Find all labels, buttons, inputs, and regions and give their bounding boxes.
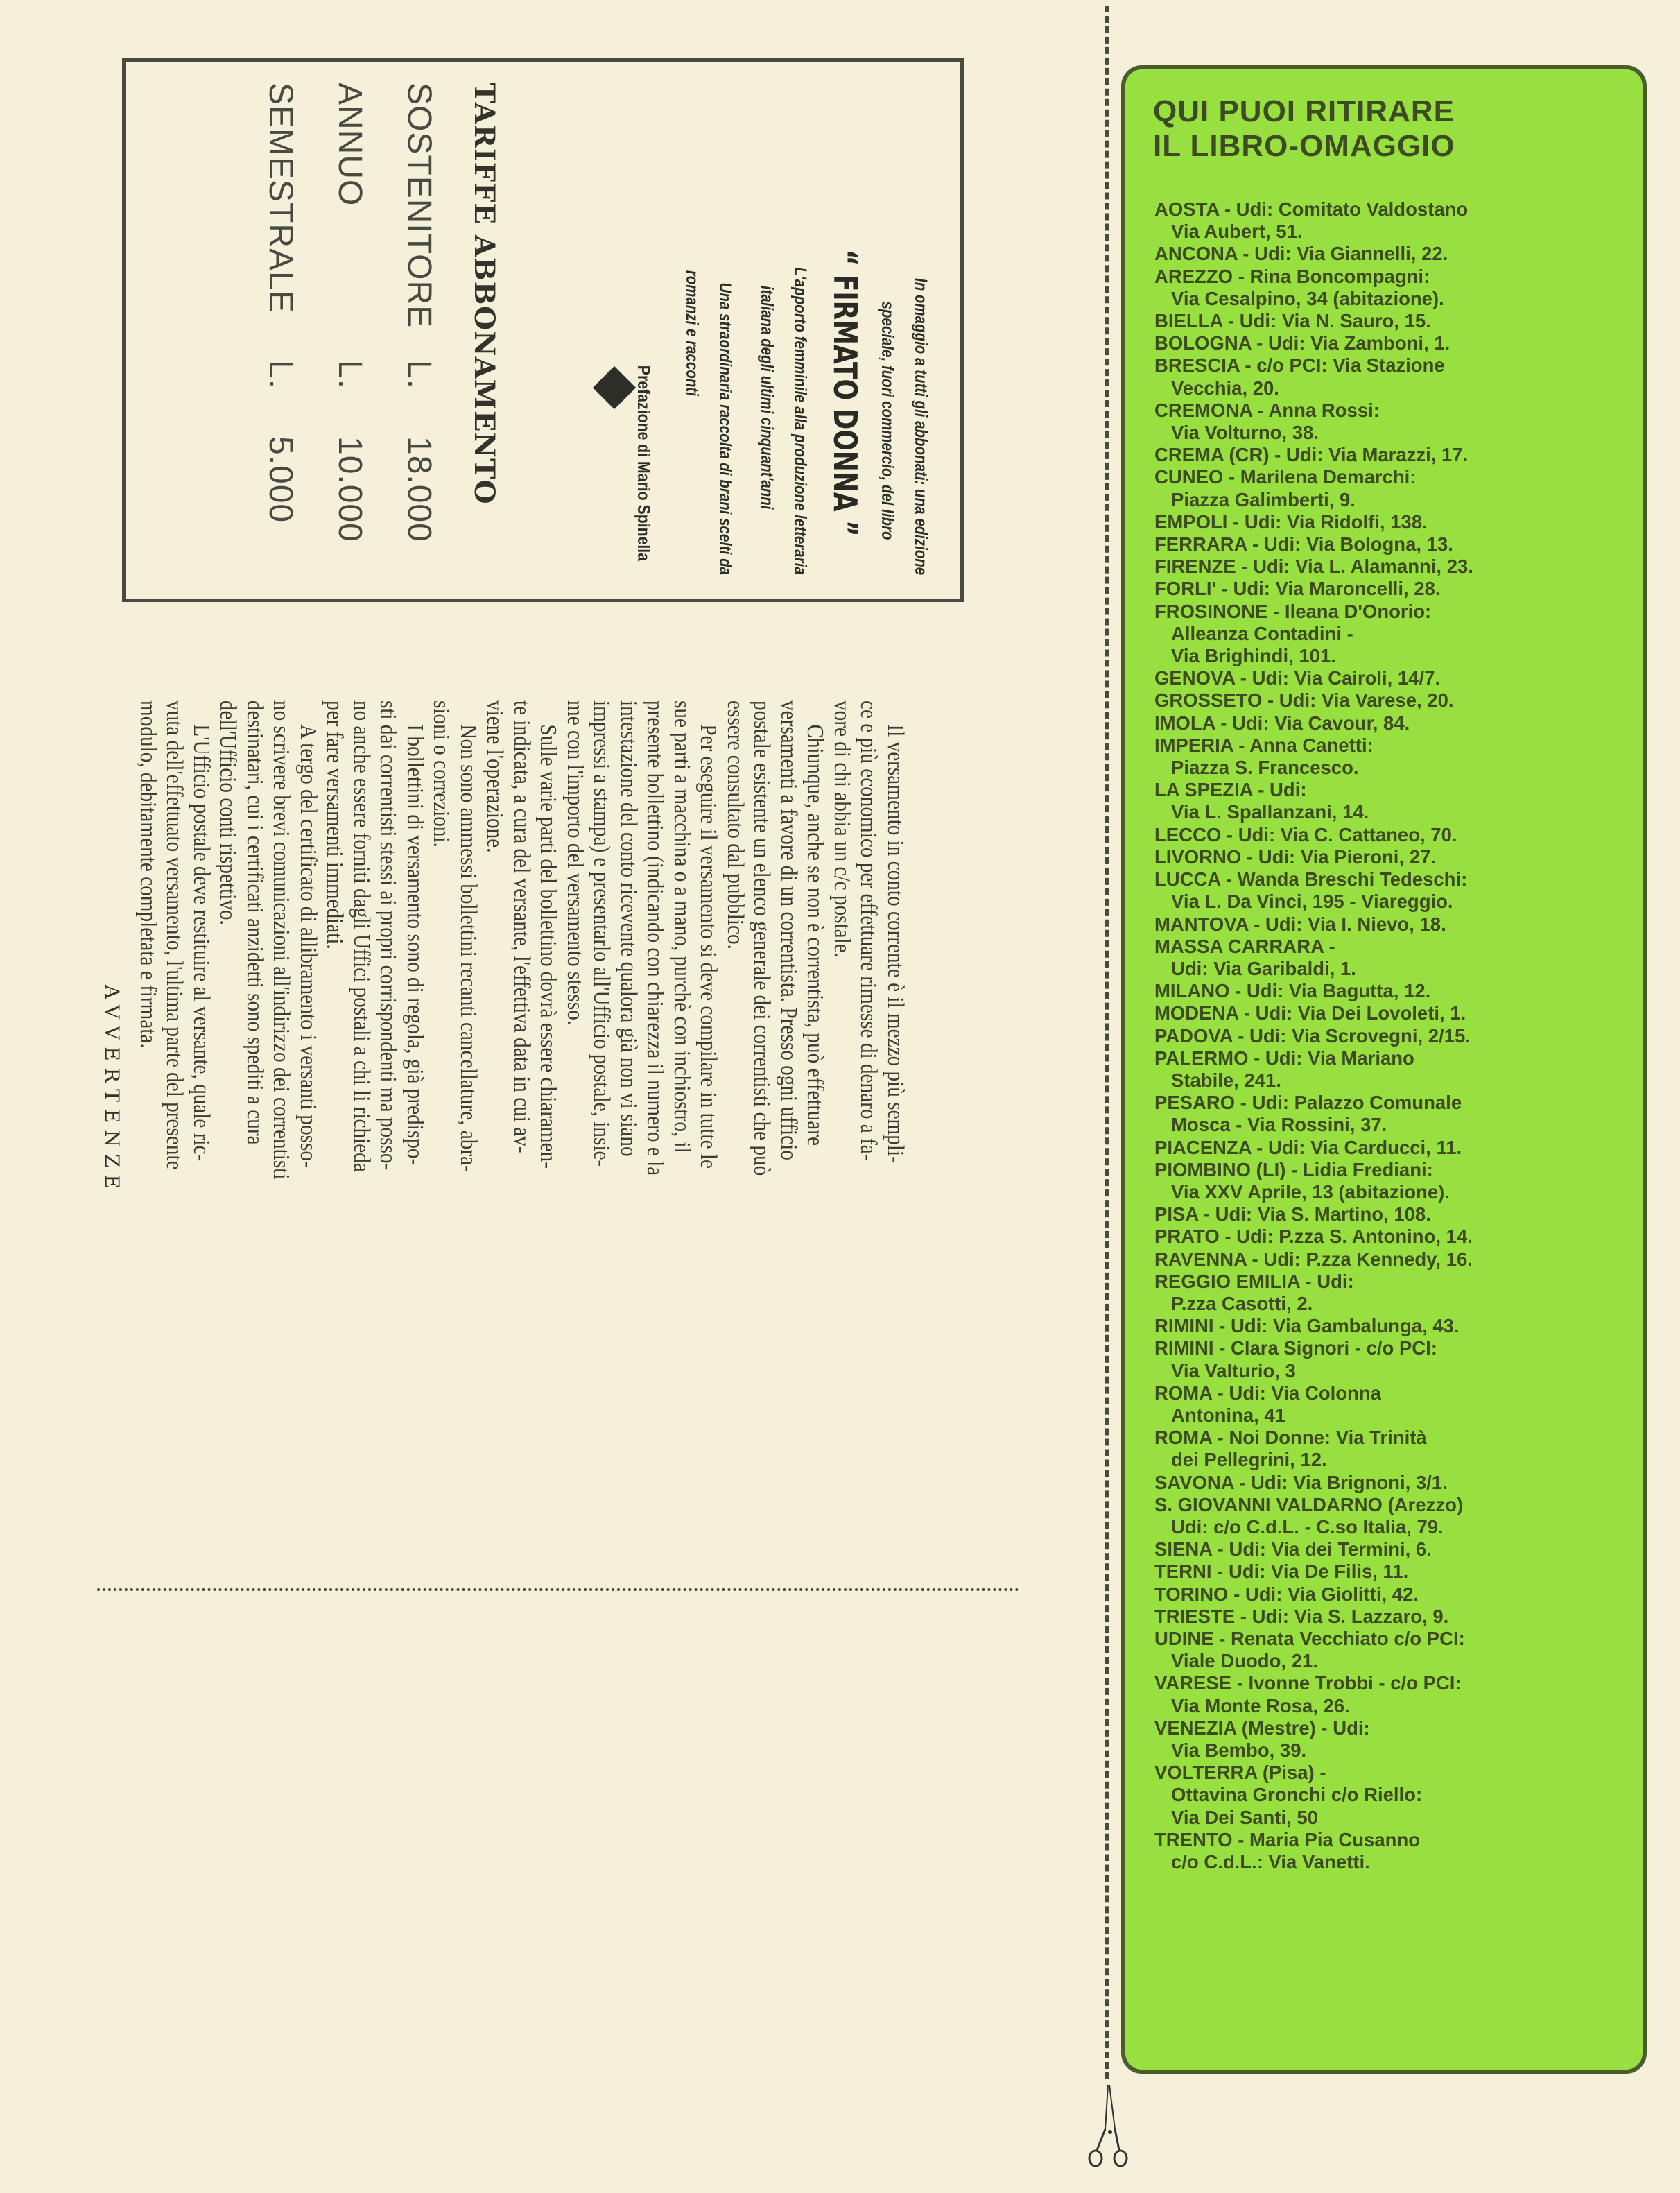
location-item: MASSA CARRARA - Udi: Via Garibaldi, 1. xyxy=(1154,936,1640,980)
location-item: FERRARA - Udi: Via Bologna, 13. xyxy=(1154,533,1640,556)
promo-line: In omaggio a tutti gli abbonati: una edi… xyxy=(910,278,930,575)
pickup-locations-panel: QUI PUOI RITIRARE IL LIBRO-OMAGGIO AOSTA… xyxy=(1121,65,1647,2074)
location-city: SAVONA xyxy=(1154,1472,1234,1493)
location-city: CREMA (CR) xyxy=(1154,444,1269,465)
location-item: MANTOVA - Udi: Via I. Nievo, 18. xyxy=(1154,913,1640,936)
location-city: S. GIOVANNI VALDARNO (Arezzo) xyxy=(1154,1494,1463,1515)
location-city: VOLTERRA (Pisa) xyxy=(1154,1762,1315,1783)
location-city: TRIESTE xyxy=(1154,1606,1235,1627)
location-city: FROSINONE xyxy=(1154,601,1267,622)
location-detail: - Udi: Via Bagutta, 12. xyxy=(1229,980,1430,1001)
rate-row-semestrale: SEMESTRALE L. 5.000 xyxy=(258,83,300,582)
location-item: IMOLA - Udi: Via Cavour, 84. xyxy=(1154,712,1640,734)
location-detail-cont: Piazza Galimberti, 9. xyxy=(1154,489,1640,511)
rate-value: 18.000 xyxy=(400,436,438,542)
location-item: LIVORNO - Udi: Via Pieroni, 27. xyxy=(1154,846,1640,868)
location-detail-cont: Udi: c/o C.d.L. - C.so Italia, 79. xyxy=(1154,1516,1640,1538)
rate-name: SOSTENITORE xyxy=(400,83,438,328)
location-city: LA SPEZIA xyxy=(1154,779,1253,800)
rate-row-sostenitore: SOSTENITORE L. 18.000 xyxy=(397,83,438,582)
location-detail: - Anna Rossi: xyxy=(1252,399,1380,421)
rate-currency: L. xyxy=(331,360,369,389)
location-item: TORINO - Udi: Via Giolitti, 42. xyxy=(1154,1583,1640,1606)
avvertenze-line: versamenti a favore di un correntista. P… xyxy=(775,700,802,1404)
location-detail-cont: Via Monte Rosa, 26. xyxy=(1154,1695,1640,1717)
book-title: “ FIRMATO DONNA ” xyxy=(826,250,864,537)
location-city: RIMINI xyxy=(1154,1315,1214,1336)
location-detail-cont: Antonina, 41 xyxy=(1154,1404,1640,1427)
location-city: MASSA CARRARA xyxy=(1154,936,1324,957)
location-item: IMPERIA - Anna Canetti:Piazza S. Frances… xyxy=(1154,734,1640,779)
location-detail: - Maria Pia Cusanno xyxy=(1233,1829,1420,1850)
location-item: TRIESTE - Udi: Via S. Lazzaro, 9. xyxy=(1154,1606,1640,1628)
location-detail-cont: Ottavina Gronchi c/o Riello: xyxy=(1154,1784,1640,1806)
location-detail: - Noi Donne: Via Trinità xyxy=(1212,1427,1427,1448)
avvertenze-line: no scrivere brevi comunicazioni all'indi… xyxy=(268,700,295,1404)
location-item: REGGIO EMILIA - Udi:P.zza Casotti, 2. xyxy=(1154,1271,1640,1315)
avvertenze-line: dell'Ufficio conti rispettivo. xyxy=(214,700,241,1404)
location-detail: - Wanda Breschi Tedeschi: xyxy=(1220,868,1467,890)
avvertenze-line: sue parti a macchina o a mano, purchè co… xyxy=(668,700,695,1404)
location-city: IMOLA xyxy=(1154,712,1215,734)
rate-row-annuo: ANNUO L. 10.000 xyxy=(327,83,369,582)
location-item: PISA - Udi: Via S. Martino, 108. xyxy=(1154,1203,1640,1225)
promo-line: romanzi e racconti xyxy=(682,270,702,396)
promo-line: italiana degli ultimi cinquant'anni xyxy=(756,285,777,509)
avvertenze-line: presente bollettino (indicando con chiar… xyxy=(641,700,668,1404)
location-item: VENEZIA (Mestre) - Udi:Via Bembo, 39. xyxy=(1154,1717,1640,1762)
location-detail: - Udi: P.zza Kennedy, 16. xyxy=(1247,1248,1473,1270)
location-detail: - Udi: P.zza S. Antonino, 14. xyxy=(1220,1225,1473,1247)
location-detail-cont: P.zza Casotti, 2. xyxy=(1154,1293,1640,1315)
location-item: ROMA - Noi Donne: Via Trinitàdei Pellegr… xyxy=(1154,1427,1640,1471)
location-detail-cont: Via L. Da Vinci, 195 - Viareggio. xyxy=(1154,891,1640,913)
avvertenze-line: A tergo del certificato di allibramento … xyxy=(295,700,322,1404)
location-item: TERNI - Udi: Via De Filis, 11. xyxy=(1154,1560,1640,1583)
location-item: BOLOGNA - Udi: Via Zamboni, 1. xyxy=(1154,332,1640,354)
avvertenze-line: modulo, debitamente completata e firmata… xyxy=(135,700,162,1404)
avvertenze-line: vore di chi abbia un c/c postale. xyxy=(829,700,856,1404)
location-item: PESARO - Udi: Palazzo ComunaleMosca - Vi… xyxy=(1154,1092,1640,1136)
location-detail: - Udi: Via De Filis, 11. xyxy=(1212,1560,1409,1582)
location-detail: - Udi: Via Giolitti, 42. xyxy=(1228,1583,1419,1605)
avvertenze-title: AVVERTENZE xyxy=(101,985,123,1196)
location-city: TERNI xyxy=(1154,1560,1212,1582)
location-city: MILANO xyxy=(1154,980,1229,1001)
location-item: ROMA - Udi: Via ColonnaAntonina, 41 xyxy=(1154,1382,1640,1427)
avvertenze-title-wrap: AVVERTENZE xyxy=(96,985,123,1290)
rate-value: 10.000 xyxy=(331,436,369,542)
location-city: VARESE xyxy=(1154,1672,1231,1694)
location-item: ANCONA - Udi: Via Giannelli, 22. xyxy=(1154,243,1640,265)
panel-title-line: QUI PUOI RITIRARE xyxy=(1153,94,1455,129)
location-city: FORLI' xyxy=(1154,578,1216,599)
avvertenze-line: Chiunque, anche se non è correntista, pu… xyxy=(802,700,829,1404)
cut-line-vertical xyxy=(1105,6,1109,2079)
location-detail: - Udi: xyxy=(1253,779,1307,800)
location-detail-cont: Viale Duodo, 21. xyxy=(1154,1650,1640,1672)
location-detail: - Udi: Via Giannelli, 22. xyxy=(1238,243,1448,264)
location-detail-cont: Via Valturio, 3 xyxy=(1154,1360,1640,1382)
avvertenze-text: Il versamento in conto corrente è il mez… xyxy=(135,700,909,1404)
location-city: AOSTA xyxy=(1154,198,1219,220)
location-detail: - Udi: Via I. Nievo, 18. xyxy=(1248,913,1446,935)
preface-credit: Prefazione di Mario Spinella xyxy=(633,365,653,561)
location-city: GENOVA xyxy=(1154,667,1235,689)
location-city: LECCO xyxy=(1154,824,1221,845)
location-item: MILANO - Udi: Via Bagutta, 12. xyxy=(1154,980,1640,1002)
location-item: PIOMBINO (LI) - Lidia Frediani:Via XXV A… xyxy=(1154,1159,1640,1203)
rate-value: 5.000 xyxy=(261,436,300,523)
location-city: RAVENNA xyxy=(1154,1248,1247,1270)
location-detail: - Udi: Via Scrovegni, 2/15. xyxy=(1233,1025,1471,1047)
location-detail: - Udi: Via Ridolfi, 138. xyxy=(1227,511,1427,533)
location-item: SAVONA - Udi: Via Brignoni, 3/1. xyxy=(1154,1472,1640,1494)
location-detail-cont: Via Bembo, 39. xyxy=(1154,1739,1640,1762)
location-detail-cont: Via Aubert, 51. xyxy=(1154,221,1640,243)
rate-currency: L. xyxy=(261,360,300,389)
location-detail: - Udi: Palazzo Comunale xyxy=(1235,1092,1462,1113)
location-detail: - Ivonne Trobbi - c/o PCI: xyxy=(1231,1672,1462,1694)
panel-title: QUI PUOI RITIRARE IL LIBRO-OMAGGIO xyxy=(1153,94,1455,164)
location-detail: - Marilena Demarchi: xyxy=(1223,466,1416,488)
promo-panel: In omaggio a tutti gli abbonati: una edi… xyxy=(570,89,930,575)
location-city: CREMONA xyxy=(1154,399,1252,421)
location-detail-cont: Via Dei Santi, 50 xyxy=(1154,1807,1640,1829)
avvertenze-line: sti dai correntisti stessi ai propri cor… xyxy=(374,700,401,1404)
location-detail: - c/o PCI: Via Stazione xyxy=(1240,354,1445,376)
location-detail-cont: Udi: Via Garibaldi, 1. xyxy=(1154,958,1640,980)
location-detail: - Udi: Via Mariano xyxy=(1248,1047,1414,1069)
location-detail-cont: Vecchia, 20. xyxy=(1154,377,1640,399)
panel-title-line: IL LIBRO-OMAGGIO xyxy=(1153,129,1455,164)
location-city: VENEZIA (Mestre) xyxy=(1154,1717,1316,1739)
location-city: UDINE xyxy=(1154,1628,1214,1649)
location-item: VOLTERRA (Pisa) - Ottavina Gronchi c/o R… xyxy=(1154,1762,1640,1829)
location-city: MODENA xyxy=(1154,1002,1238,1024)
location-detail-cont: Piazza S. Francesco. xyxy=(1154,757,1640,779)
location-detail-cont: Mosca - Via Rossini, 37. xyxy=(1154,1114,1640,1136)
location-item: GROSSETO - Udi: Via Varese, 20. xyxy=(1154,689,1640,712)
location-item: PALERMO - Udi: Via MarianoStabile, 241. xyxy=(1154,1047,1640,1092)
avvertenze-line: Non sono ammessi bollettini recanti canc… xyxy=(455,700,482,1404)
location-detail: - Udi: Via Brignoni, 3/1. xyxy=(1234,1472,1448,1493)
location-city: FIRENZE xyxy=(1154,556,1236,577)
avvertenze-line: me con l'importo del versamento stesso. xyxy=(562,700,589,1404)
avvertenze-line: intestazione del conto ricevente qualora… xyxy=(615,700,642,1404)
location-list: AOSTA - Udi: Comitato ValdostanoVia Aube… xyxy=(1154,198,1640,1873)
location-detail: - Udi: Via Dei Lovoleti, 1. xyxy=(1238,1002,1466,1024)
avvertenze-line: ce e più economico per effettuare rimess… xyxy=(855,700,882,1404)
location-detail: - Udi: Via dei Termini, 6. xyxy=(1212,1538,1432,1560)
location-city: ROMA xyxy=(1154,1427,1212,1448)
location-item: EMPOLI - Udi: Via Ridolfi, 138. xyxy=(1154,511,1640,533)
location-city: PADOVA xyxy=(1154,1025,1233,1047)
location-city: REGGIO EMILIA xyxy=(1154,1271,1300,1292)
location-city: FERRARA xyxy=(1154,533,1247,555)
location-item: CREMONA - Anna Rossi:Via Volturno, 38. xyxy=(1154,399,1640,444)
location-detail: - Clara Signori - c/o PCI: xyxy=(1214,1337,1437,1359)
location-item: CUNEO - Marilena Demarchi:Piazza Galimbe… xyxy=(1154,466,1640,510)
avvertenze-line: I bollettini di versamento sono di regol… xyxy=(401,700,428,1404)
location-city: EMPOLI xyxy=(1154,511,1227,533)
location-detail: - Udi: Via Cavour, 84. xyxy=(1215,712,1410,734)
location-detail: - Anna Canetti: xyxy=(1233,734,1374,756)
location-detail: - Udi: Via N. Sauro, 15. xyxy=(1222,310,1431,332)
location-city: BRESCIA xyxy=(1154,354,1240,376)
avvertenze-line: Per eseguire il versamento si deve compi… xyxy=(695,700,722,1404)
location-item: RAVENNA - Udi: P.zza Kennedy, 16. xyxy=(1154,1248,1640,1271)
location-item: RIMINI - Udi: Via Gambalunga, 43. xyxy=(1154,1315,1640,1337)
location-item: LUCCA - Wanda Breschi Tedeschi:Via L. Da… xyxy=(1154,868,1640,913)
location-detail: - Udi: Via Gambalunga, 43. xyxy=(1214,1315,1460,1336)
location-city: PIACENZA xyxy=(1154,1137,1252,1158)
location-city: IMPERIA xyxy=(1154,734,1233,756)
location-city: LIVORNO xyxy=(1154,846,1241,868)
location-city: LUCCA xyxy=(1154,868,1220,890)
location-city: PIOMBINO (LI) xyxy=(1154,1159,1285,1180)
location-detail: - Udi: Via Colonna xyxy=(1212,1382,1381,1404)
promo-line: Una straordinaria raccolta di brani scel… xyxy=(715,282,735,575)
location-detail-cont: dei Pellegrini, 12. xyxy=(1154,1449,1640,1471)
avvertenze-line: essere consultato dal pubblico. xyxy=(722,700,749,1404)
location-item: LECCO - Udi: Via C. Cattaneo, 70. xyxy=(1154,824,1640,846)
location-detail: - xyxy=(1324,936,1335,957)
location-city: TRENTO xyxy=(1154,1829,1233,1850)
location-city: RIMINI xyxy=(1154,1337,1214,1359)
location-city: PALERMO xyxy=(1154,1047,1248,1069)
tariffe-box: TARIFFE ABBONAMENTO SOSTENITORE L. 18.00… xyxy=(122,58,964,602)
location-detail-cont: Via L. Spallanzani, 14. xyxy=(1154,801,1640,823)
location-item: SIENA - Udi: Via dei Termini, 6. xyxy=(1154,1538,1640,1560)
location-item: TRENTO - Maria Pia Cusannoc/o C.d.L.: Vi… xyxy=(1154,1829,1640,1873)
location-detail: - Udi: Via C. Cattaneo, 70. xyxy=(1221,824,1457,845)
location-detail: - Udi: Via Bologna, 13. xyxy=(1247,533,1453,555)
location-item: CREMA (CR) - Udi: Via Marazzi, 17. xyxy=(1154,444,1640,466)
location-detail: - Rina Boncompagni: xyxy=(1233,266,1430,287)
location-detail: - Udi: Via S. Lazzaro, 9. xyxy=(1235,1606,1448,1627)
avvertenze-line: postale esistente un elenco generale dei… xyxy=(748,700,775,1404)
location-detail-cont: Via Cesalpino, 34 (abitazione). xyxy=(1154,288,1640,310)
location-item: FROSINONE - Ileana D'Onorio:Alleanza Con… xyxy=(1154,601,1640,668)
location-item: AOSTA - Udi: Comitato ValdostanoVia Aube… xyxy=(1154,198,1640,243)
location-detail: - Udi: xyxy=(1316,1717,1370,1739)
location-item: FIRENZE - Udi: Via L. Alamanni, 23. xyxy=(1154,556,1640,578)
location-city: ANCONA xyxy=(1154,243,1238,264)
location-city: MANTOVA xyxy=(1154,913,1248,935)
location-city: ROMA xyxy=(1154,1382,1212,1404)
location-item: BIELLA - Udi: Via N. Sauro, 15. xyxy=(1154,310,1640,332)
location-city: PESARO xyxy=(1154,1092,1235,1113)
location-item: PRATO - Udi: P.zza S. Antonino, 14. xyxy=(1154,1225,1640,1248)
location-item: S. GIOVANNI VALDARNO (Arezzo)Udi: c/o C.… xyxy=(1154,1494,1640,1538)
location-detail-cont: Stabile, 241. xyxy=(1154,1069,1640,1092)
location-item: VARESE - Ivonne Trobbi - c/o PCI:Via Mon… xyxy=(1154,1672,1640,1717)
location-item: PADOVA - Udi: Via Scrovegni, 2/15. xyxy=(1154,1025,1640,1047)
tariffe-title: TARIFFE ABBONAMENTO xyxy=(468,83,501,505)
location-city: AREZZO xyxy=(1154,266,1233,287)
tariffe-panel: TARIFFE ABBONAMENTO SOSTENITORE L. 18.00… xyxy=(140,83,501,582)
location-item: LA SPEZIA - Udi:Via L. Spallanzani, 14. xyxy=(1154,779,1640,823)
location-city: PISA xyxy=(1154,1203,1198,1225)
location-detail: - Udi: Via Zamboni, 1. xyxy=(1252,332,1450,354)
location-detail: - Udi: Via Maroncelli, 28. xyxy=(1216,578,1440,599)
location-detail-cont: Via XXV Aprile, 13 (abitazione). xyxy=(1154,1181,1640,1203)
avvertenze-line: destinatari, cui i certificati anzidetti… xyxy=(241,700,268,1404)
location-item: MODENA - Udi: Via Dei Lovoleti, 1. xyxy=(1154,1002,1640,1024)
location-city: GROSSETO xyxy=(1154,689,1262,711)
location-city: BOLOGNA xyxy=(1154,332,1252,354)
avvertenze-line: viene l'operazione. xyxy=(481,700,508,1404)
promo-line: speciale, fuori commercio, del libro xyxy=(877,302,897,540)
promo-line: L'apporto femminile alla produzione lett… xyxy=(790,268,810,575)
scissors-icon xyxy=(1087,2081,1129,2171)
location-item: FORLI' - Udi: Via Maroncelli, 28. xyxy=(1154,578,1640,600)
cut-line-horizontal xyxy=(97,1588,1019,1591)
location-city: CUNEO xyxy=(1154,466,1223,488)
location-detail-cont: Via Volturno, 38. xyxy=(1154,422,1640,444)
location-item: UDINE - Renata Vecchiato c/o PCI:Viale D… xyxy=(1154,1628,1640,1672)
location-detail: - Udi: Via Varese, 20. xyxy=(1262,689,1453,711)
rate-name: ANNUO xyxy=(331,83,369,206)
avvertenze-line: Sulle varie parti del bollettino dovrà e… xyxy=(535,700,562,1404)
avvertenze-line: L'Ufficio postale deve restituire al ver… xyxy=(188,700,215,1404)
location-detail: - Renata Vecchiato c/o PCI: xyxy=(1214,1628,1465,1649)
location-item: GENOVA - Udi: Via Cairoli, 14/7. xyxy=(1154,667,1640,689)
location-detail: - Lidia Frediani: xyxy=(1285,1159,1432,1180)
avvertenze-line: no anche essere forniti dagli Uffici pos… xyxy=(348,700,375,1404)
location-detail-cont: c/o C.d.L.: Via Vanetti. xyxy=(1154,1851,1640,1873)
avvertenze-line: impressi a stampa) e presentarlo all'Uff… xyxy=(588,700,615,1404)
avvertenze-line: te indicata, a cura del versante, l'effe… xyxy=(508,700,535,1404)
rate-currency: L. xyxy=(400,360,438,389)
location-detail: - Udi: Comitato Valdostano xyxy=(1219,198,1468,220)
location-city: SIENA xyxy=(1154,1538,1212,1560)
location-detail: - Ileana D'Onorio: xyxy=(1267,601,1431,622)
location-item: AREZZO - Rina Boncompagni:Via Cesalpino,… xyxy=(1154,266,1640,310)
location-detail: - Udi: Via Carducci, 11. xyxy=(1252,1137,1462,1158)
location-detail: - Udi: Via Pieroni, 27. xyxy=(1241,846,1436,868)
location-city: PRATO xyxy=(1154,1225,1220,1247)
location-detail: - Udi: Via S. Martino, 108. xyxy=(1198,1203,1431,1225)
location-detail: - Udi: xyxy=(1300,1271,1354,1292)
location-city: BIELLA xyxy=(1154,310,1222,332)
location-item: RIMINI - Clara Signori - c/o PCI:Via Val… xyxy=(1154,1337,1640,1382)
location-detail: - Udi: Via L. Alamanni, 23. xyxy=(1236,556,1473,577)
rate-name: SEMESTRALE xyxy=(261,83,300,313)
location-detail: - Udi: Via Marazzi, 17. xyxy=(1269,444,1468,465)
avvertenze-line: sioni o correzioni. xyxy=(428,700,455,1404)
location-city: TORINO xyxy=(1154,1583,1228,1605)
avvertenze-line: per fare versamenti immediati. xyxy=(321,700,348,1404)
location-detail-cont: Via Brighindi, 101. xyxy=(1154,645,1640,667)
location-detail: - xyxy=(1315,1762,1326,1783)
avvertenze-line: vuta dell'effettuato versamento, l'ultim… xyxy=(161,700,188,1404)
location-detail-cont: Alleanza Contadini - xyxy=(1154,623,1640,645)
avvertenze-section: Il versamento in conto corrente è il mez… xyxy=(76,700,908,1519)
avvertenze-line: Il versamento in conto corrente è il mez… xyxy=(882,700,909,1404)
location-detail: - Udi: Via Cairoli, 14/7. xyxy=(1235,667,1440,689)
location-item: PIACENZA - Udi: Via Carducci, 11. xyxy=(1154,1137,1640,1159)
location-item: BRESCIA - c/o PCI: Via StazioneVecchia, … xyxy=(1154,354,1640,399)
